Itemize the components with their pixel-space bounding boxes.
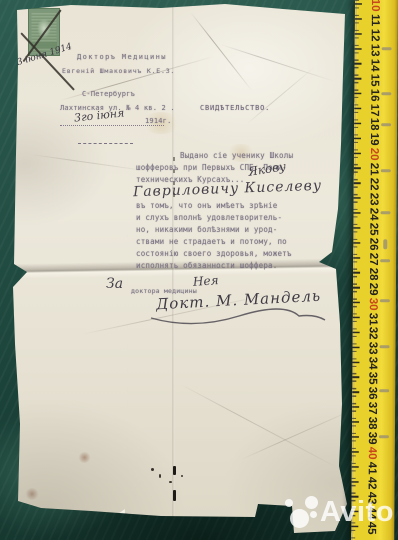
stain-mark	[78, 452, 91, 463]
ink-speck	[181, 475, 183, 477]
stain-mark	[25, 488, 39, 500]
body-line: исполнять обязанности шоффера.	[136, 261, 277, 270]
ink-mark	[173, 490, 176, 501]
date-dotted-line	[60, 125, 164, 126]
body-line: но, никакими болѣзнями и урод-	[136, 225, 277, 234]
vertical-fold	[172, 4, 175, 536]
dash-line	[78, 143, 133, 144]
avito-logo-circle	[305, 496, 318, 509]
body-line: Выдано сіе ученику Школы	[180, 151, 293, 160]
body-line: состоянію своего здоровья, можетъ	[136, 249, 292, 258]
folded-corner	[95, 503, 125, 530]
letterhead-city: С-Петербургъ	[82, 90, 135, 98]
avito-logo-circle	[290, 509, 309, 528]
avito-logo-circle	[285, 499, 293, 507]
crease-mark	[221, 44, 335, 82]
avito-watermark: Avito	[282, 490, 398, 540]
letterhead-line2: Евгеній Шмаковичъ К.Е.З.	[62, 67, 175, 75]
letterhead-line1: Докторъ Медицины	[77, 53, 167, 61]
ink-mark	[173, 466, 176, 475]
fold-stitch-mark	[173, 157, 175, 161]
signature-prefix-handwriting: За	[106, 276, 123, 292]
body-line: ствами не страдаетъ и потому, по	[136, 237, 287, 246]
ruler-wear-mark	[383, 239, 387, 249]
signature-note-handwriting: Нея	[193, 273, 219, 289]
measuring-ruler: 1011121314151617181920212223242526272829…	[351, 0, 398, 540]
avito-watermark-text: Avito	[320, 496, 394, 529]
date-year: 1914г.	[145, 117, 172, 125]
photo-scene: 3 іюня 1914 Докторъ Медицины Евгеній Шма…	[0, 0, 398, 540]
ink-speck	[169, 481, 172, 483]
ink-speck	[151, 468, 154, 471]
crease-mark	[241, 406, 360, 460]
crease-mark	[246, 66, 316, 125]
body-line: и слухъ вполнѣ удовлетворитель-	[136, 213, 282, 222]
crease-mark	[31, 154, 150, 172]
body-line: въ томъ, что онъ имѣетъ зрѣніе	[136, 201, 277, 210]
certificate-title: СВИДѢТЕЛЬСТВО.	[200, 104, 270, 112]
ink-speck	[159, 474, 161, 478]
certificate-paper: 3 іюня 1914 Докторъ Медицины Евгеній Шма…	[11, 4, 351, 536]
avito-logo-circle	[310, 511, 317, 518]
signature-flourish	[149, 304, 329, 330]
